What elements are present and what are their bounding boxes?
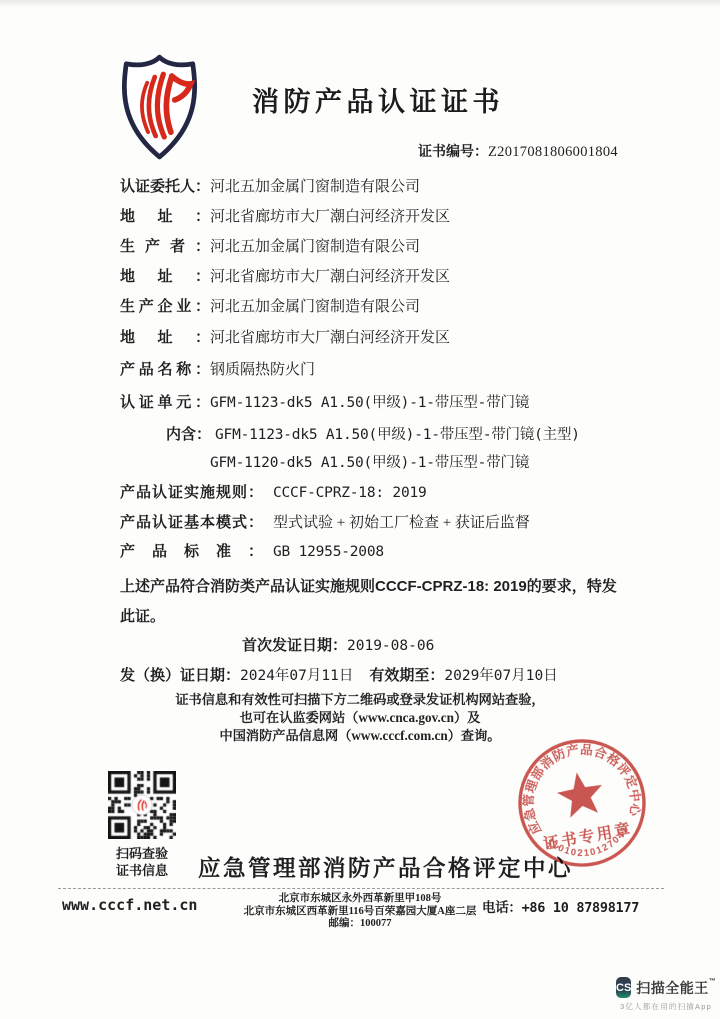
field-label: 内含： xyxy=(166,424,211,446)
footer-phone: 电话：+86 10 87898177 xyxy=(482,896,639,916)
valid-until-value: 2029年07月10日 xyxy=(444,668,557,684)
notice-line: 证书信息和有效性可扫描下方二维码或登录发证机构网站查验， xyxy=(60,691,660,709)
footer-address: 北京市东城区永外西革新里甲108号 北京市东城区西革新里116号百荣嘉园大厦A座… xyxy=(218,893,502,931)
qr-code xyxy=(108,771,176,839)
first-issue-date: 首次发证日期：2019-08-06 xyxy=(242,634,434,655)
field-value: GFM-1123-dk5 A1.50(甲级)-1-带压型-带门镜(主型) xyxy=(215,427,580,443)
field-row-manufacturer: 生产企业：河北五加金属门窗制造有限公司 xyxy=(120,296,420,318)
field-row-producer-address: 地址：河北省廊坊市大厂潮白河经济开发区 xyxy=(120,266,450,288)
fire-shield-icon xyxy=(112,50,207,165)
field-value: 河北省廊坊市大厂潮白河经济开发区 xyxy=(210,269,450,285)
qr-caption: 扫码查验 证书信息 xyxy=(96,845,188,879)
field-value: GFM-1123-dk5 A1.50(甲级)-1-带压型-带门镜 xyxy=(210,395,529,411)
field-label: 产品认证实施规则： xyxy=(120,482,263,504)
field-label: 地址： xyxy=(120,206,210,228)
first-issue-value: 2019-08-06 xyxy=(347,638,434,654)
field-label: 产品认证基本模式： xyxy=(120,512,263,534)
footer-address-line: 北京市东城区永外西革新里甲108号 xyxy=(218,893,502,906)
field-label: 地址： xyxy=(120,327,210,349)
field-row-applicant-address: 地址：河北省廊坊市大厂潮白河经济开发区 xyxy=(120,206,450,228)
reissue-label: 发（换）证日期： xyxy=(120,667,240,684)
field-value: GFM-1120-dk5 A1.50(甲级)-1-带压型-带门镜 xyxy=(210,455,529,471)
field-label: 认证委托人： xyxy=(120,176,210,198)
field-value: 河北五加金属门窗制造有限公司 xyxy=(210,299,420,315)
field-value: 河北五加金属门窗制造有限公司 xyxy=(210,179,420,195)
field-label: 生产企业： xyxy=(120,296,210,318)
field-value: 河北省廊坊市大厂潮白河经济开发区 xyxy=(210,330,450,346)
statement-line: 此证。 xyxy=(120,602,617,632)
certificate-seal: 应急管理部消防产品合格评定中心 证书专用章 11010210127041 xyxy=(501,722,663,884)
field-row-cert-unit: 认证单元：GFM-1123-dk5 A1.50(甲级)-1-带压型-带门镜 xyxy=(120,392,529,414)
field-row-includes: 内含：GFM-1123-dk5 A1.50(甲级)-1-带压型-带门镜(主型) xyxy=(166,424,580,446)
field-row-impl-rule: 产品认证实施规则：CCCF-CPRZ-18: 2019 xyxy=(120,482,427,504)
statement-line: 上述产品符合消防类产品认证实施规则CCCF-CPRZ-18: 2019的要求，特… xyxy=(120,572,617,602)
field-row-standard: 产品标准：GB 12955-2008 xyxy=(120,541,384,563)
first-issue-label: 首次发证日期： xyxy=(242,637,347,654)
page-title: 消防产品认证证书 xyxy=(252,80,504,119)
footer-divider xyxy=(58,888,664,889)
field-value: 钢质隔热防火门 xyxy=(210,362,315,378)
reissue-value: 2024年07月11日 xyxy=(240,668,353,684)
field-row-includes-2: GFM-1120-dk5 A1.50(甲级)-1-带压型-带门镜 xyxy=(210,452,529,474)
field-label: 地址： xyxy=(120,266,210,288)
qr-caption-line: 扫码查验 xyxy=(96,845,188,862)
field-label: 产品标准： xyxy=(120,541,263,563)
certificate-number-value: Z2017081806001804 xyxy=(488,144,618,160)
seal-star-icon xyxy=(554,769,607,820)
footer-postal-code: 邮编：100077 xyxy=(218,918,502,931)
conformity-statement: 上述产品符合消防类产品认证实施规则CCCF-CPRZ-18: 2019的要求，特… xyxy=(120,572,617,632)
notice-line: 也可在认监委网站（www.cnca.gov.cn）及 xyxy=(60,709,660,727)
field-label: 认证单元： xyxy=(120,392,210,414)
field-value: GB 12955-2008 xyxy=(273,544,384,560)
trademark-symbol: ™ xyxy=(709,978,717,985)
field-value: 河北五加金属门窗制造有限公司 xyxy=(210,239,420,255)
footer-website: www.cccf.net.cn xyxy=(62,896,197,914)
certificate-number: 证书编号：Z2017081806001804 xyxy=(418,141,618,161)
valid-until-label: 有效期至： xyxy=(369,667,444,684)
field-row-applicant: 认证委托人：河北五加金属门窗制造有限公司 xyxy=(120,176,420,198)
camscanner-watermark: CS 扫描全能王™ 3亿人都在用的扫描App xyxy=(616,977,716,1012)
issuer-name: 应急管理部消防产品合格评定中心 xyxy=(198,851,554,883)
field-label: 生产者： xyxy=(120,236,210,258)
field-label: 产品名称： xyxy=(120,359,210,381)
reissue-and-validity: 发（换）证日期：2024年07月11日有效期至：2029年07月10日 xyxy=(120,664,558,685)
field-row-manufacturer-address: 地址：河北省廊坊市大厂潮白河经济开发区 xyxy=(120,327,450,349)
field-row-basic-mode: 产品认证基本模式：型式试验 + 初始工厂检查 + 获证后监督 xyxy=(120,512,530,534)
qr-caption-line: 证书信息 xyxy=(96,862,188,879)
camscanner-name: 扫描全能王™ xyxy=(636,978,716,998)
footer-address-line: 北京市东城区西革新里116号百荣嘉园大厦A座二层 xyxy=(218,906,502,919)
certificate-number-label: 证书编号： xyxy=(418,145,488,160)
field-row-producer: 生产者：河北五加金属门窗制造有限公司 xyxy=(120,236,420,258)
field-row-product-name: 产品名称：钢质隔热防火门 xyxy=(120,359,315,381)
field-value: 河北省廊坊市大厂潮白河经济开发区 xyxy=(210,209,450,225)
camscanner-tagline: 3亿人都在用的扫描App xyxy=(616,1001,716,1012)
certificate-page: 消防产品认证证书 证书编号：Z2017081806001804 认证委托人：河北… xyxy=(0,0,720,1019)
field-value: 型式试验 + 初始工厂检查 + 获证后监督 xyxy=(273,515,530,531)
camscanner-icon: CS xyxy=(616,977,631,998)
field-value: CCCF-CPRZ-18: 2019 xyxy=(273,485,427,501)
